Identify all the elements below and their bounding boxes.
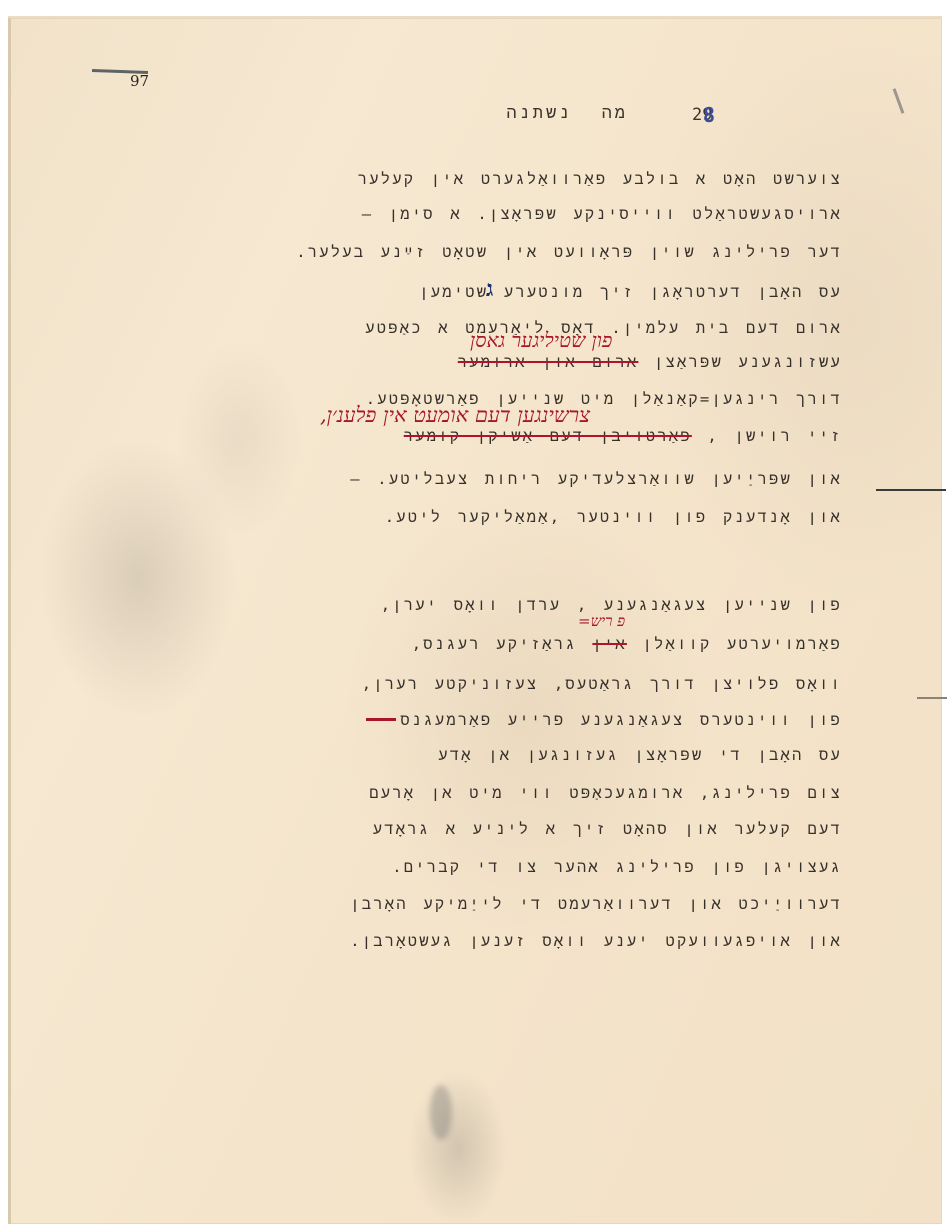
struck-text-line-12: אין xyxy=(592,635,627,653)
page-header: מה נשתנה 29 8 xyxy=(0,103,950,133)
page-title: מה נשתנה xyxy=(506,103,628,124)
text-line-18: געצויגן פון פרילינג אהער צו די קברים. xyxy=(392,858,842,877)
page-number-correction: 8 xyxy=(703,103,715,127)
text-line-6-main: עשזונגענע שפּראַצן xyxy=(654,353,842,371)
margin-rule xyxy=(876,489,946,491)
text-line-20: און אויפגעוועקט יענע וואָס זענען געשטאָר… xyxy=(350,932,842,951)
text-line-17: דעם קעלער און סהאָט זיך א ליניע א גראָדע xyxy=(373,820,842,839)
margin-mark xyxy=(917,697,947,699)
fingerprint-smudge xyxy=(430,1085,452,1140)
struck-text-line-8: פאַרטויבן דעם אַשיקן קומער xyxy=(404,427,692,445)
text-line-6: עשזונגענע שפּראַצן ארום און ארומער xyxy=(458,353,842,372)
text-line-9: און שפּריַיען שוואַרצלעדיקע ריחות צעבליט… xyxy=(350,470,842,489)
text-line-14: פון ווינטערס צעגאַנגענע פרייע פאַרמעגנס xyxy=(400,711,842,730)
manuscript-page xyxy=(8,18,942,1224)
text-line-1: צוערשט האָט א בולבע פאַרוואַלגערט אין קע… xyxy=(358,170,842,189)
text-line-12-after: גראַזיקע רעגנס, xyxy=(412,635,577,653)
text-line-16: צום פרילינג, ארומגעכאַפּט ווי מיט אן אָר… xyxy=(369,784,842,803)
text-line-3: דער פרילינג שוין פּראָוועט אין שטאָט זײַ… xyxy=(296,243,842,262)
text-line-15: עס האָבן די שפּראָצן געזונגען אן אָדע xyxy=(438,746,842,765)
text-line-8: זיי רוישן , פאַרטויבן דעם אַשיקן קומער xyxy=(404,427,842,446)
text-line-8-main: זיי רוישן , xyxy=(707,427,842,445)
text-line-12-main: פאַרמויערטע קוואַלן xyxy=(642,635,842,653)
text-line-4: עס האָבן דערטראָגן זיך מונטערע שטימען xyxy=(419,283,842,302)
text-line-13: וואָס פלויצן דורך גראַטעס, צעזוניקטע רער… xyxy=(362,675,842,694)
red-correction-mark xyxy=(366,718,396,721)
text-line-19: דערוויַיכט און דערוואַרעמט די לייַמיקע ה… xyxy=(350,895,842,914)
folio-number: 97 xyxy=(130,72,149,90)
handwritten-annotation-line-6: פון שטיליגער גאסן xyxy=(470,328,612,353)
handwritten-annotation-line-12: פ ריש= xyxy=(578,612,625,631)
handwritten-annotation-line-8: צרשינגען דעם אומעט אין פלענ׳ן, xyxy=(320,403,590,428)
text-line-2: ארויסגעשטראַלט ווייסינקע שפּראָצן. א סימ… xyxy=(362,205,842,224)
handwritten-insert-line-4: ג xyxy=(486,276,493,302)
struck-text-line-6: ארום און ארומער xyxy=(458,353,639,371)
page-left-edge xyxy=(8,18,11,1224)
text-line-12: פאַרמויערטע קוואַלן אין גראַזיקע רעגנס, xyxy=(412,635,842,654)
text-line-10: און אָנדענק פון ווינטער ,אַמאַליקער ליטע… xyxy=(385,508,842,527)
